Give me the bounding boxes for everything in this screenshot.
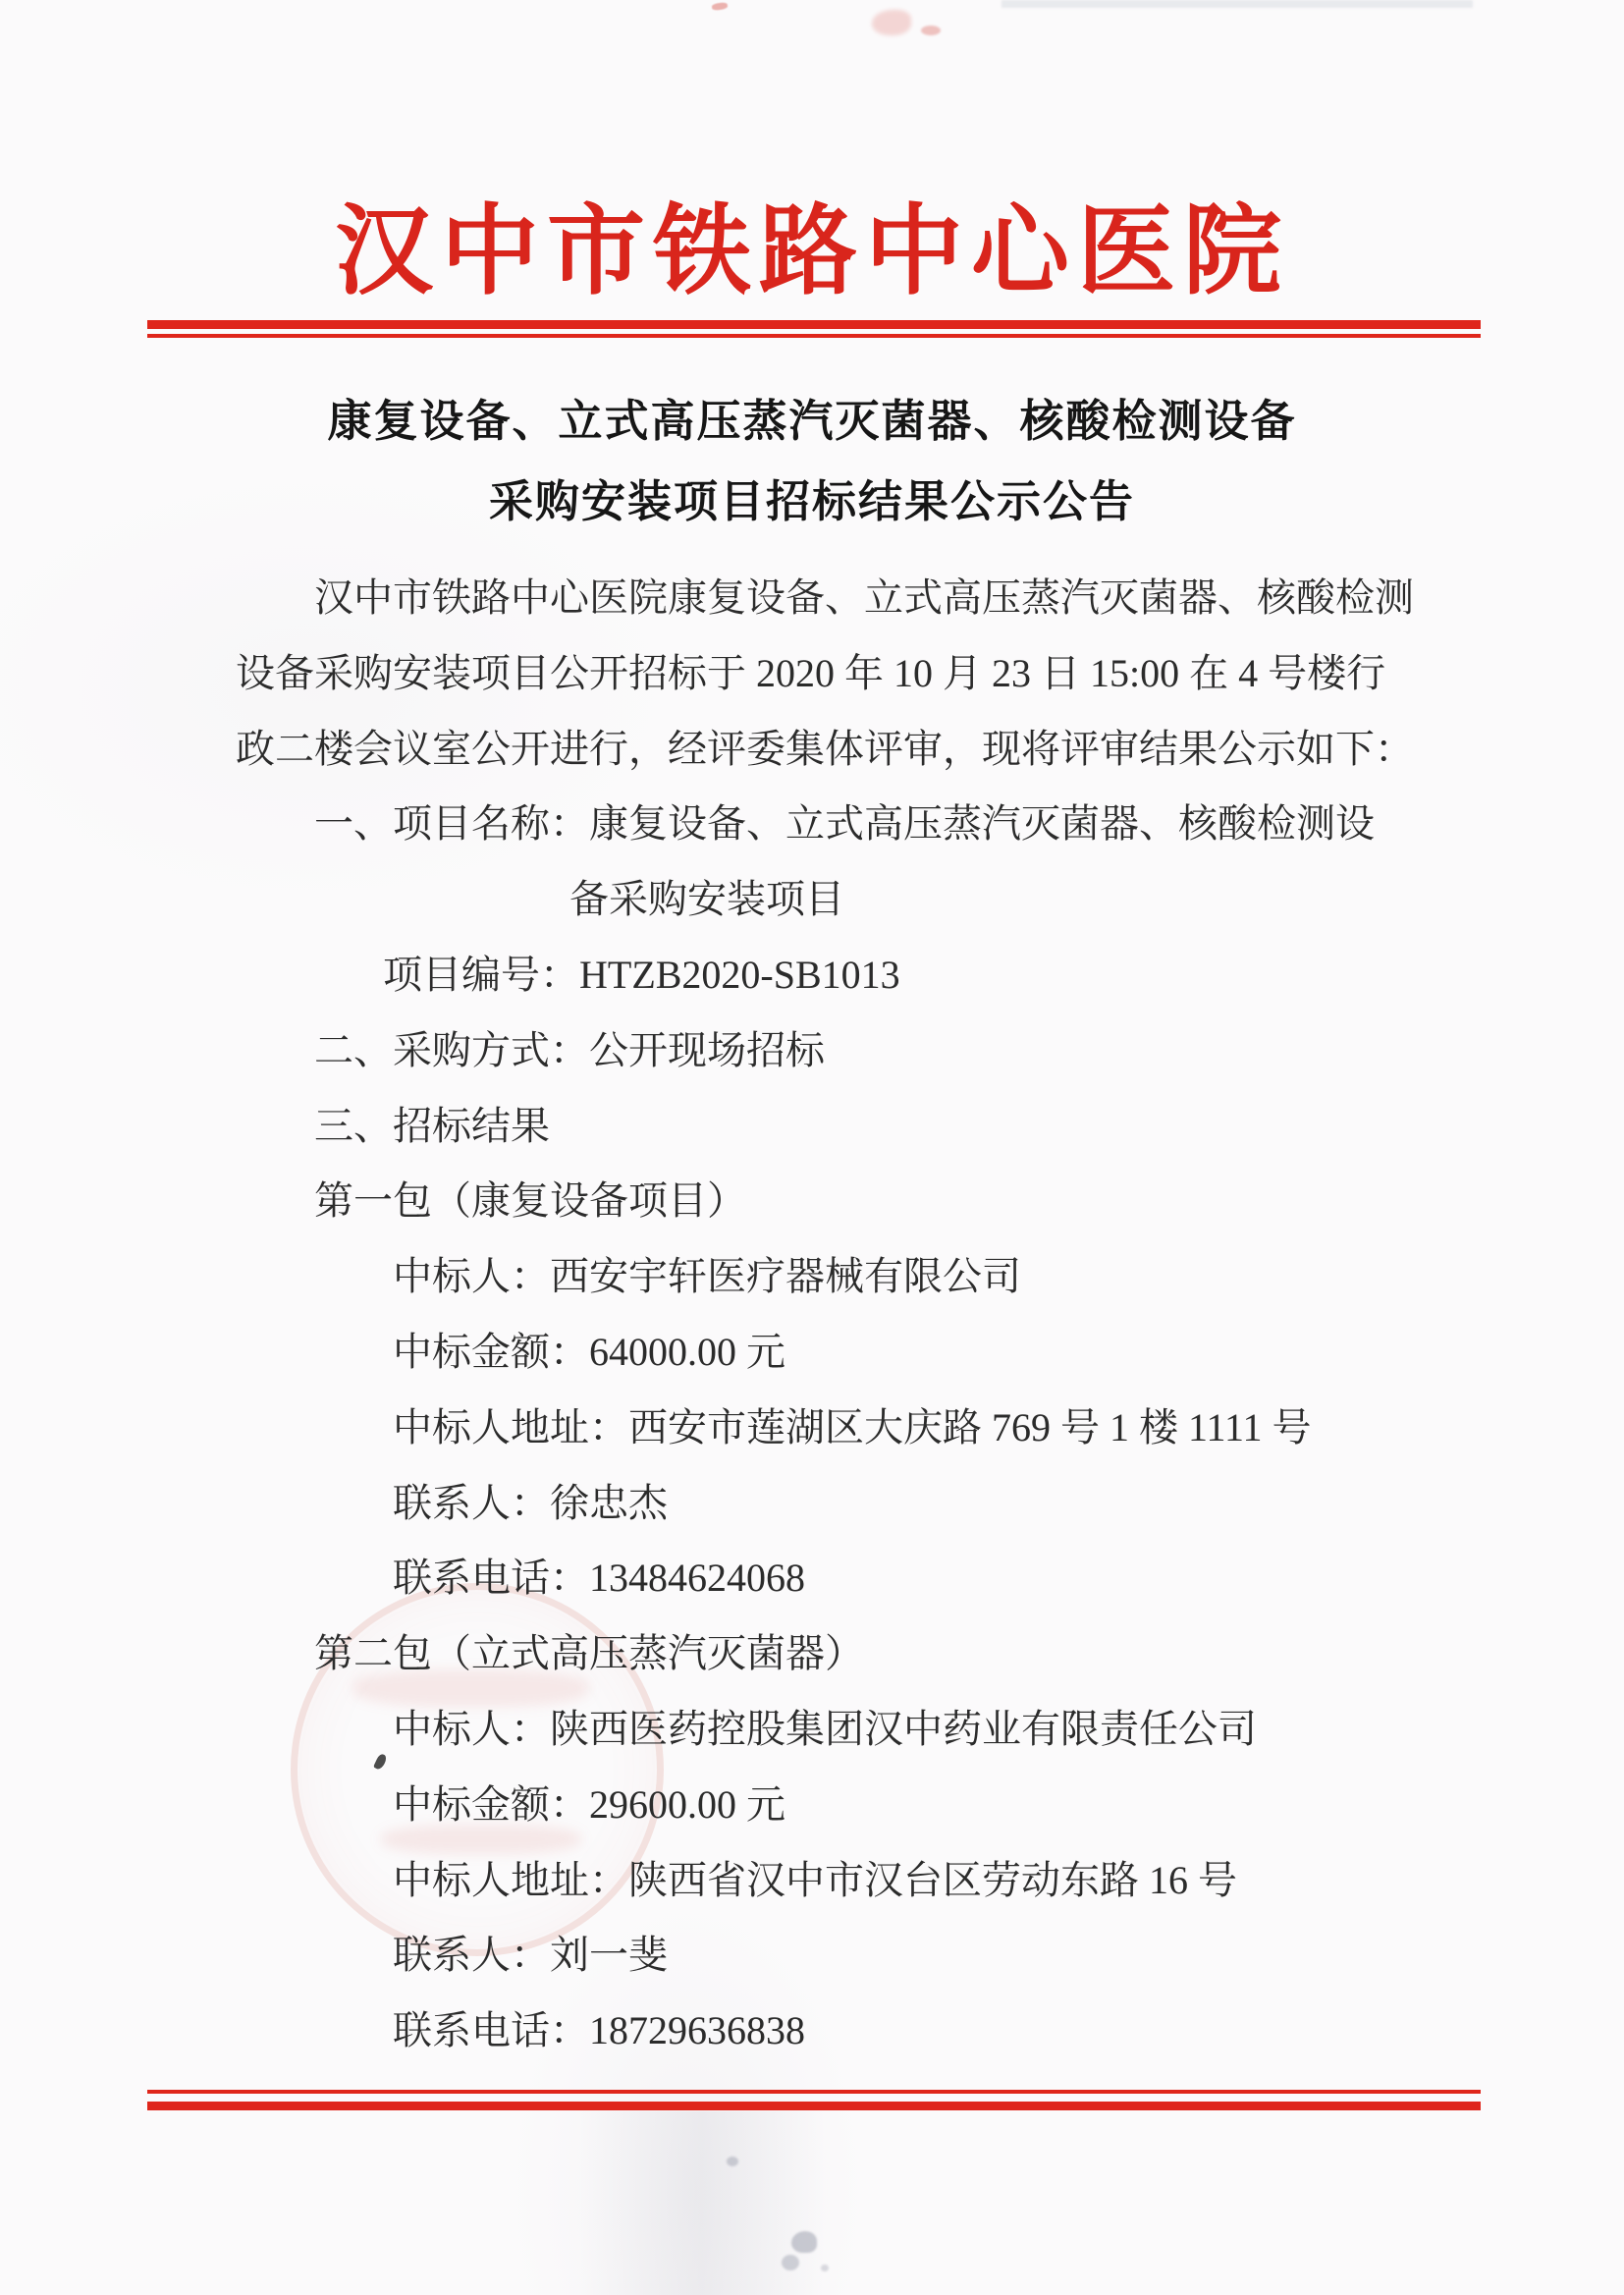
body-line: 中标金额：29600.00 元 bbox=[236, 1768, 1502, 1843]
body-line: 汉中市铁路中心医院康复设备、立式高压蒸汽灭菌器、核酸检测 bbox=[236, 561, 1502, 636]
document-body: 汉中市铁路中心医院康复设备、立式高压蒸汽灭菌器、核酸检测设备采购安装项目公开招标… bbox=[236, 561, 1502, 2069]
footer-rule-thin bbox=[147, 2090, 1481, 2094]
header-rule-thin bbox=[147, 334, 1481, 338]
body-line: 三、招标结果 bbox=[236, 1089, 1502, 1165]
gray-ink-speck bbox=[727, 2157, 738, 2166]
body-line: 中标人：陕西医药控股集团汉中药业有限责任公司 bbox=[236, 1692, 1502, 1768]
scan-smudge-top bbox=[1001, 0, 1473, 8]
hospital-name-header: 汉中市铁路中心医院 bbox=[0, 196, 1624, 308]
body-line: 中标人地址：西安市莲湖区大庆路 769 号 1 楼 1111 号 bbox=[236, 1391, 1502, 1466]
gray-ink-speck bbox=[791, 2231, 817, 2253]
body-line: 中标人地址：陕西省汉中市汉台区劳动东路 16 号 bbox=[236, 1843, 1502, 1919]
body-line: 联系人：徐忠杰 bbox=[236, 1466, 1502, 1542]
document-title-line1: 康复设备、立式高压蒸汽灭菌器、核酸检测设备 bbox=[0, 385, 1624, 449]
body-line: 项目编号：HTZB2020-SB1013 bbox=[236, 938, 1502, 1013]
document-page: 汉中市铁路中心医院 康复设备、立式高压蒸汽灭菌器、核酸检测设备 采购安装项目招标… bbox=[0, 0, 1624, 2295]
body-line: 第一包（康复设备项目） bbox=[236, 1164, 1502, 1239]
body-line: 联系电话：13484624068 bbox=[236, 1541, 1502, 1616]
body-line: 中标金额：64000.00 元 bbox=[236, 1315, 1502, 1391]
gray-ink-speck bbox=[782, 2255, 799, 2270]
body-line: 设备采购安装项目公开招标于 2020 年 10 月 23 日 15:00 在 4… bbox=[236, 636, 1502, 712]
footer-rule-thick bbox=[147, 2102, 1481, 2110]
red-ink-speck bbox=[712, 2, 729, 11]
document-title-line2: 采购安装项目招标结果公示公告 bbox=[0, 465, 1624, 529]
body-line: 备采购安装项目 bbox=[236, 862, 1502, 938]
red-ink-speck bbox=[921, 26, 941, 35]
gray-ink-speck bbox=[821, 2265, 829, 2271]
body-line: 政二楼会议室公开进行，经评委集体评审，现将评审结果公示如下： bbox=[236, 712, 1502, 788]
red-ink-speck bbox=[872, 10, 911, 35]
header-rule-thick bbox=[147, 320, 1481, 329]
body-line: 第二包（立式高压蒸汽灭菌器） bbox=[236, 1616, 1502, 1692]
body-line: 中标人：西安宇轩医疗器械有限公司 bbox=[236, 1239, 1502, 1315]
body-line: 联系电话：18729636838 bbox=[236, 1994, 1502, 2069]
body-line: 联系人：刘一斐 bbox=[236, 1918, 1502, 1994]
body-line: 一、项目名称：康复设备、立式高压蒸汽灭菌器、核酸检测设 bbox=[236, 787, 1502, 862]
body-line: 二、采购方式：公开现场招标 bbox=[236, 1013, 1502, 1089]
